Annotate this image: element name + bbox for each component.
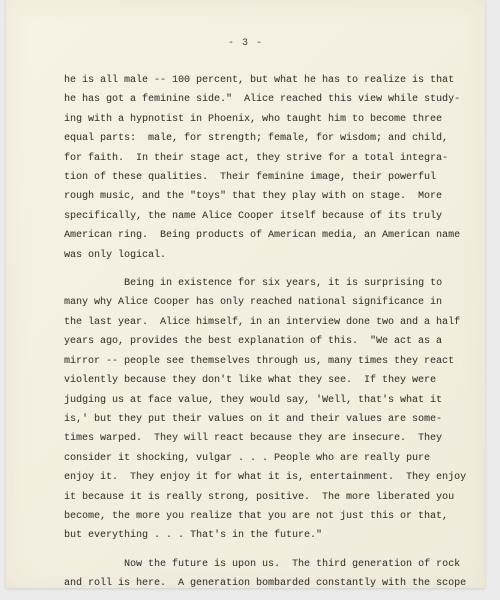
page-number: - 3 -: [6, 38, 485, 50]
document-body: he is all male -- 100 percent, but what …: [64, 71, 471, 594]
paragraph-3: Now the future is upon us. The third gen…: [64, 555, 471, 594]
paragraph-1: he is all male -- 100 percent, but what …: [64, 71, 471, 265]
scan-background: - 3 - he is all male -- 100 percent, but…: [0, 0, 500, 600]
paragraph-2: Being in existence for six years, it is …: [64, 274, 471, 546]
document-page: - 3 - he is all male -- 100 percent, but…: [6, 0, 485, 588]
